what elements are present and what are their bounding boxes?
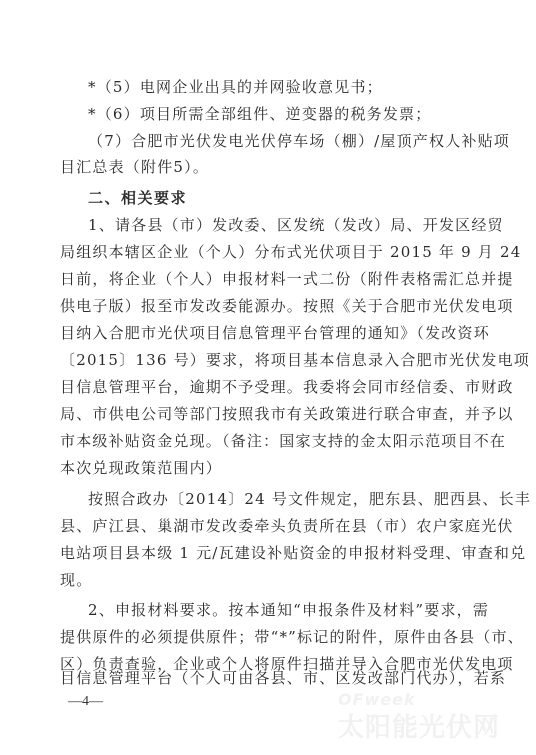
list-item-7: （7）合肥市光伏发电光伏停车场（棚）/屋顶产权人补贴项 <box>88 131 460 151</box>
list-item-6: *（6）项目所需全部组件、逆变器的税务发票； <box>88 104 460 124</box>
paragraph-line: 电站项目县本级 1 元/瓦建设补贴资金的申报材料受理、审查和兑 <box>60 543 460 563</box>
watermark-name: 太阳能光伏网 <box>338 707 500 744</box>
paragraph-line: 〔2015〕136 号）要求，将项目基本信息录入合肥市光伏发电项 <box>60 350 460 370</box>
paragraph-line: 现。 <box>60 570 460 590</box>
paragraph-line: 2、申报材料要求。按本通知“申报条件及材料”要求，需 <box>88 600 460 620</box>
paragraph-line: 日前，将企业（个人）申报材料一式二份（附件表格需汇总并提 <box>60 269 460 289</box>
paragraph-line: 按照合政办〔2014〕24 号文件规定，肥东县、肥西县、长丰 <box>88 489 460 509</box>
paragraph-line: 提供原件的必须提供原件；带“*”标记的附件，原件由各县（市、 <box>60 627 460 647</box>
paragraph-line: 市本级补贴资金兑现。（备注：国家支持的金太阳示范项目不在 <box>60 431 460 451</box>
document-page: *（5）电网企业出具的并网验收意见书； *（6）项目所需全部组件、逆变器的税务发… <box>0 0 536 755</box>
paragraph-line: 局、市供电公司等部门按照我市有关政策进行联合审查，并予以 <box>60 404 460 424</box>
section-heading: 二、相关要求 <box>88 188 460 208</box>
list-item-7-cont: 目汇总表（附件5）。 <box>60 157 460 177</box>
paragraph-line: 局组织本辖区企业（个人）分布式光伏项目于 2015 年 9 月 24 <box>60 242 460 262</box>
paragraph-line: 目信息管理平台，逾期不予受理。我委将会同市经信委、市财政 <box>60 377 460 397</box>
paragraph-line: 目信息管理平台（个人可由各县、市、区发改部门代办），若系 <box>60 668 460 688</box>
page-number: —4— <box>68 694 103 710</box>
paragraph-line: 目纳入合肥市光伏项目信息管理平台管理的通知》（发改资环 <box>60 323 460 343</box>
list-item-5: *（5）电网企业出具的并网验收意见书； <box>88 77 460 97</box>
paragraph-line: 县、庐江县、巢湖市发改委牵头负责所在县（市）农户家庭光伏 <box>60 516 460 536</box>
paragraph-line: 供电子版）报至市发改委能源办。按照《关于合肥市光伏发电项 <box>60 296 460 316</box>
paragraph-line: 1、请各县（市）发改委、区发统（发改）局、开发区经贸 <box>88 215 460 235</box>
paragraph-line: 本次兑现政策范围内） <box>60 458 460 478</box>
watermark: OFweek 太阳能光伏网 <box>338 690 500 744</box>
